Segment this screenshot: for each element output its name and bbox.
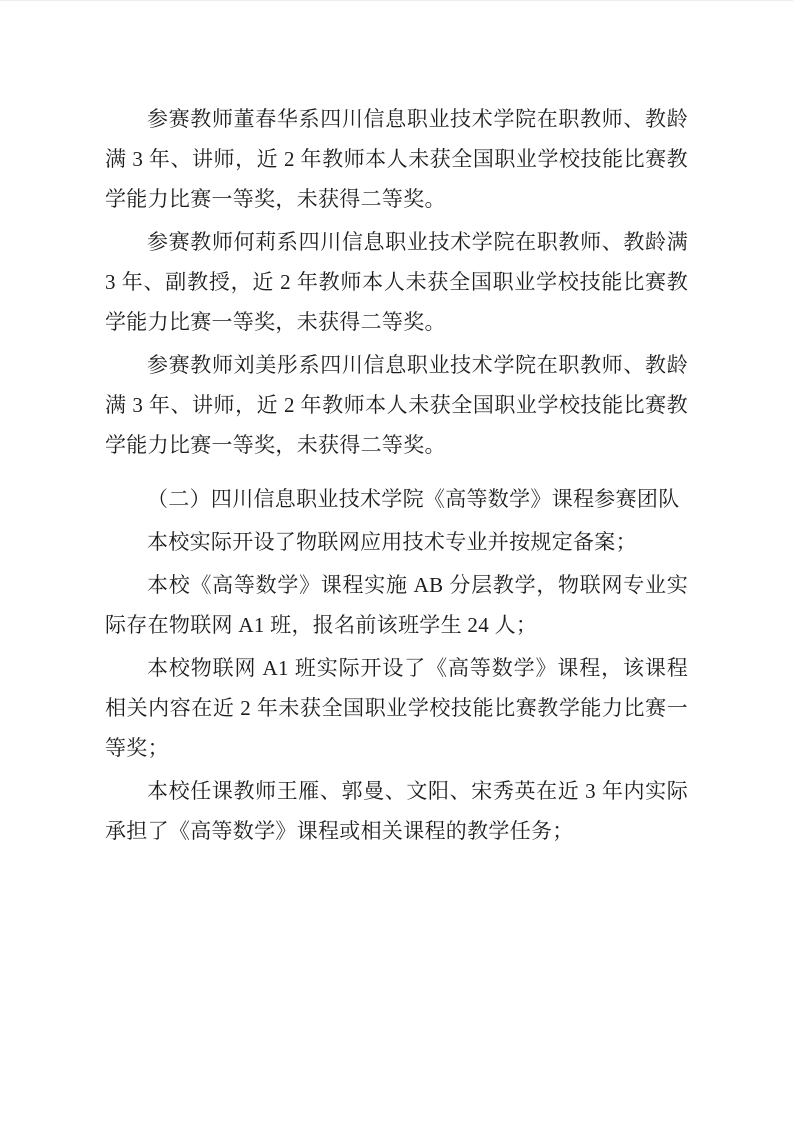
paragraph-teacher-dongchunhua: 参赛教师董春华系四川信息职业技术学院在职教师、教龄满 3 年、讲师，近 2 年教…	[105, 99, 688, 219]
paragraph-course-award-status: 本校物联网 A1 班实际开设了《高等数学》课程，该课程相关内容在近 2 年未获全…	[105, 648, 688, 768]
paragraph-teacher-heli: 参赛教师何莉系四川信息职业技术学院在职教师、教龄满 3 年、副教授，近 2 年教…	[105, 222, 688, 342]
paragraph-teaching-tasks: 本校任课教师王雁、郭曼、文阳、宋秀英在近 3 年内实际承担了《高等数学》课程或相…	[105, 771, 688, 851]
document-content: 参赛教师董春华系四川信息职业技术学院在职教师、教龄满 3 年、讲师，近 2 年教…	[0, 1, 793, 851]
paragraph-ab-classes: 本校《高等数学》课程实施 AB 分层教学，物联网专业实际存在物联网 A1 班，报…	[105, 565, 688, 645]
paragraph-major-registration: 本校实际开设了物联网应用技术专业并按规定备案；	[105, 522, 688, 562]
section-heading-team: （二）四川信息职业技术学院《高等数学》课程参赛团队	[105, 479, 688, 519]
paragraph-teacher-liumeitong: 参赛教师刘美彤系四川信息职业技术学院在职教师、教龄满 3 年、讲师，近 2 年教…	[105, 345, 688, 465]
document-page: 参赛教师董春华系四川信息职业技术学院在职教师、教龄满 3 年、讲师，近 2 年教…	[0, 0, 793, 1122]
